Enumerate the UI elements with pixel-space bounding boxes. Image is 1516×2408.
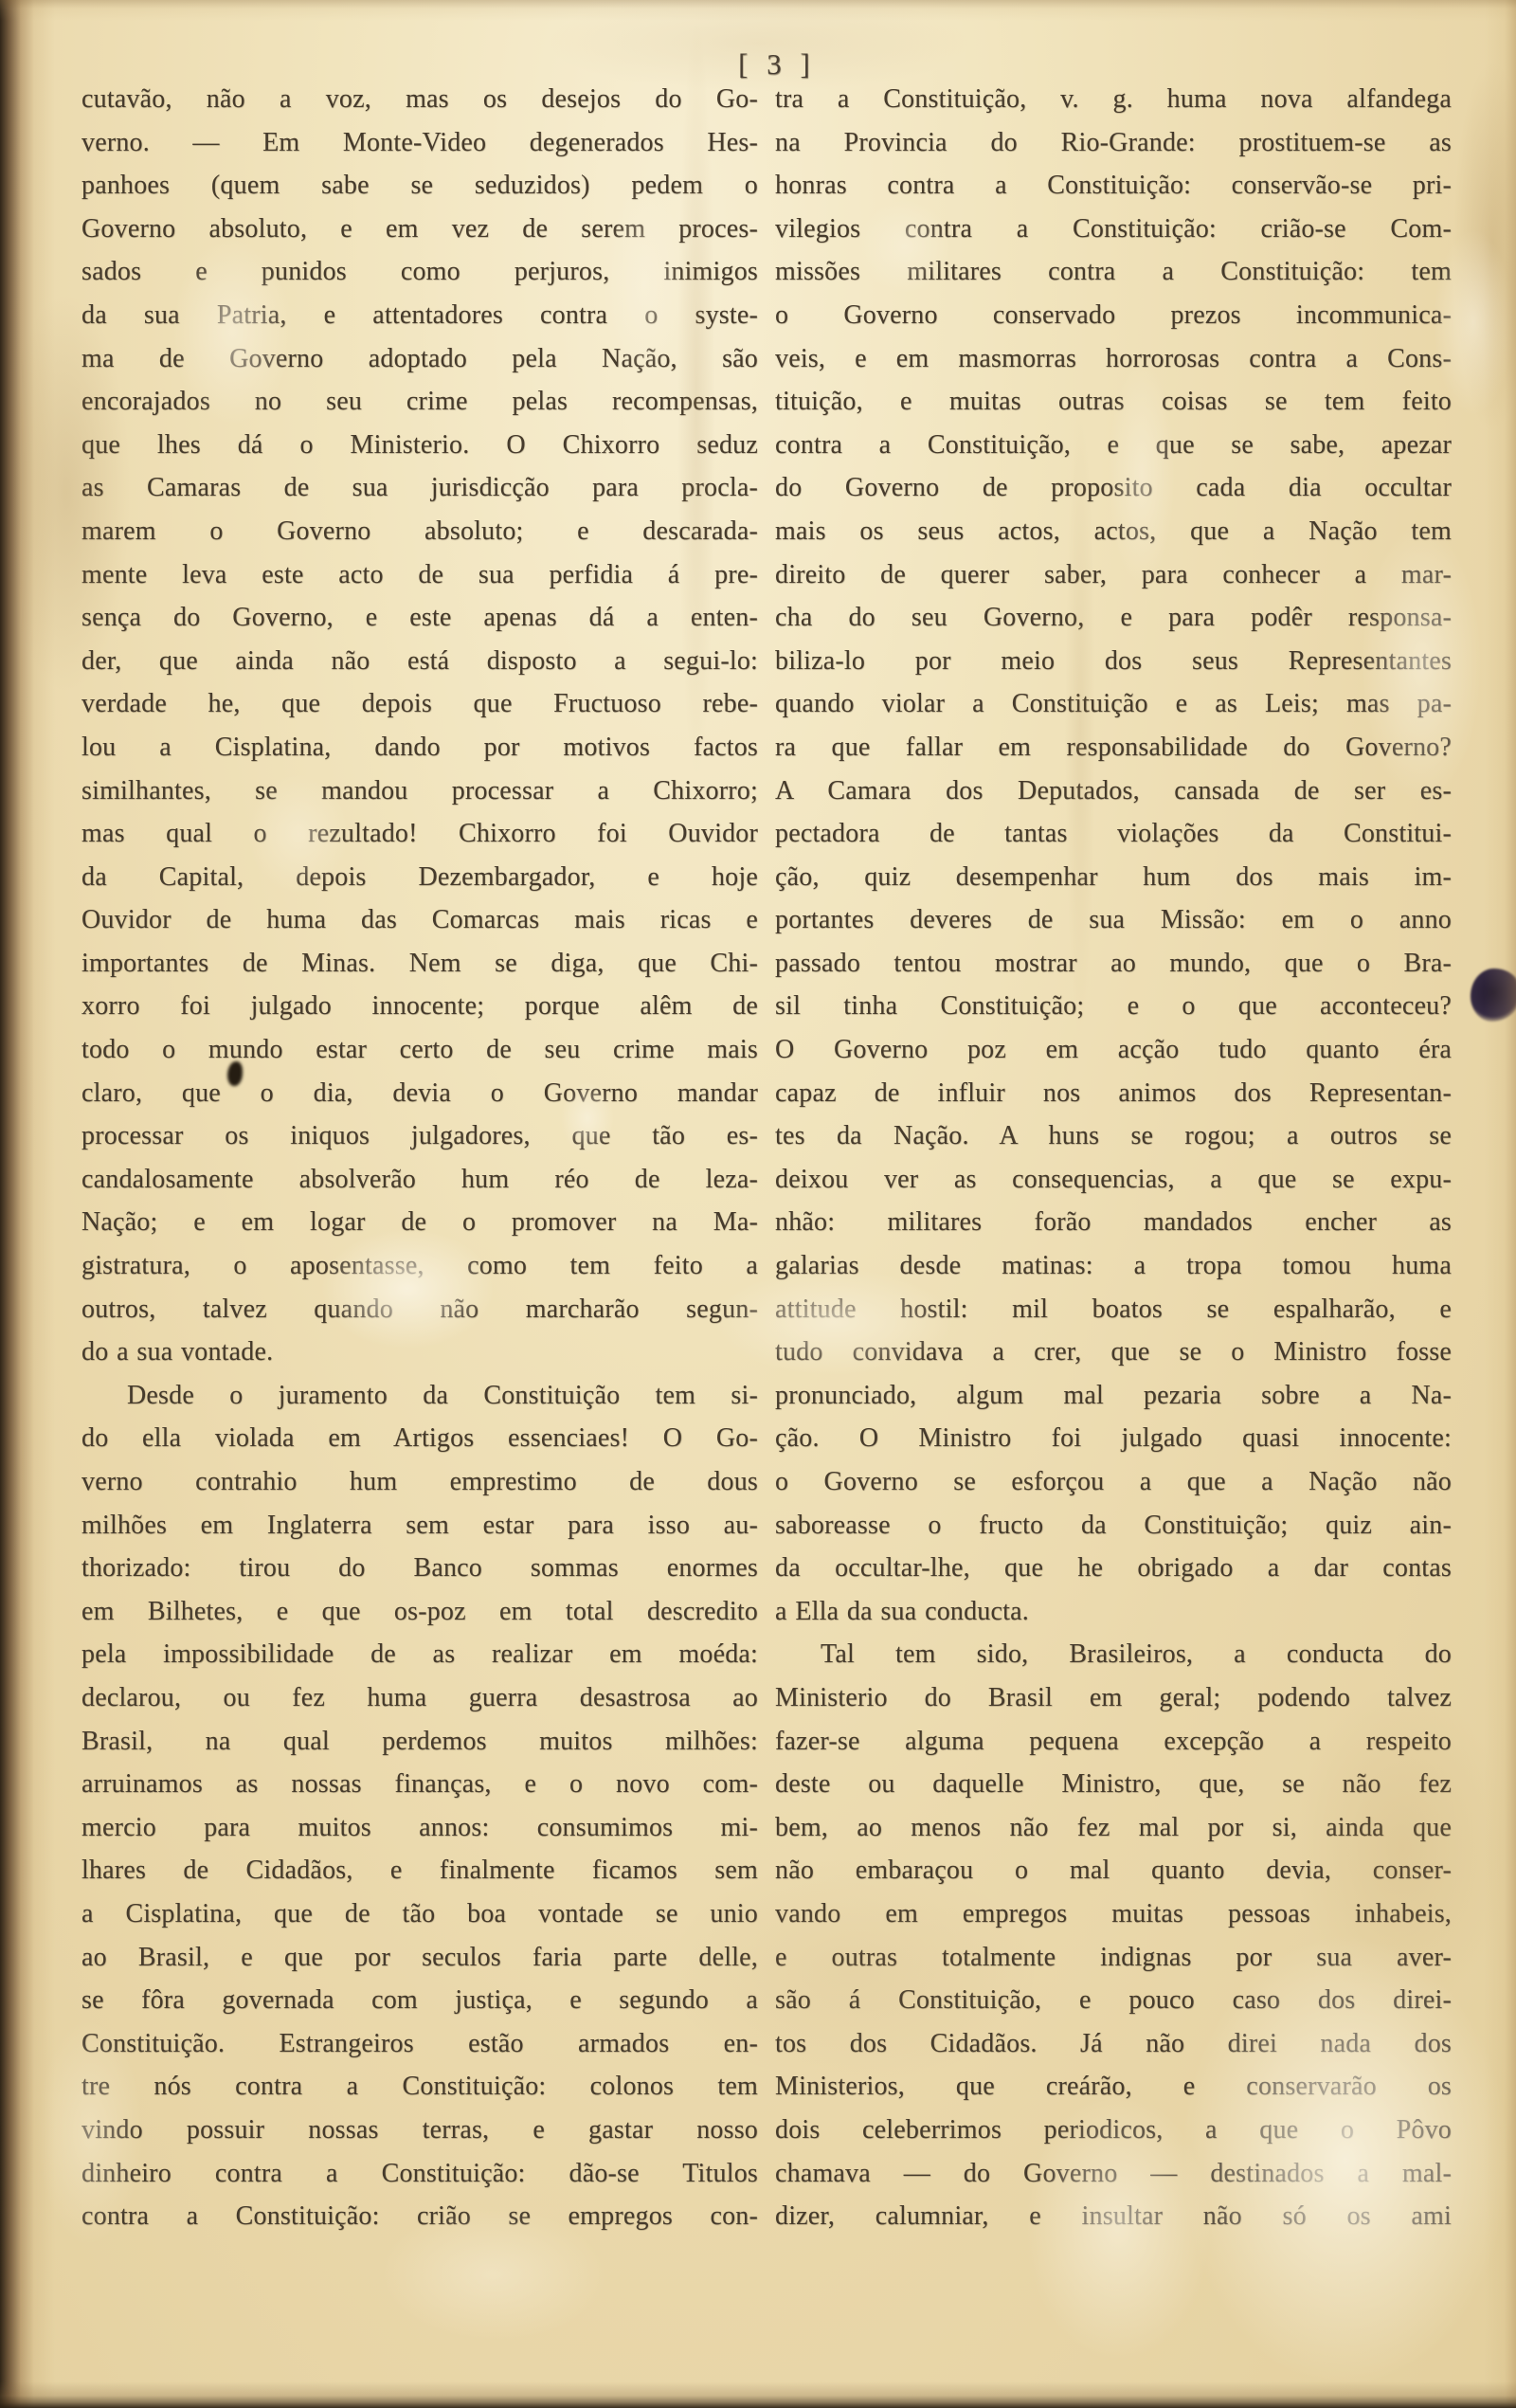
text-line: tre nós contra a Constituição: colonos t… xyxy=(81,2065,758,2109)
text-line: mercio para muitos annos: consumimos mi- xyxy=(81,1806,758,1850)
text-line: do ella violada em Artigos essenciaes! O… xyxy=(81,1417,758,1460)
text-line: sil tinha Constituição; e o que accontec… xyxy=(775,985,1452,1028)
text-line: do a sua vontade. xyxy=(81,1331,758,1374)
text-line: da Capital, depois Dezembargador, e hoje xyxy=(81,856,758,899)
text-line: Governo absoluto, e em vez de serem proc… xyxy=(81,208,758,251)
text-line: panhoes (quem sabe se seduzidos) pedem o xyxy=(81,164,758,208)
text-line: arruinamos as nossas finanças, e o novo … xyxy=(81,1763,758,1806)
text-line: se fôra governada com justiça, e segundo… xyxy=(81,1979,758,2022)
text-line: tudo convidava a crer, que se o Ministro… xyxy=(775,1331,1452,1374)
text-line: milhões em Inglaterra sem estar para iss… xyxy=(81,1504,758,1548)
text-line: Ouvidor de huma das Comarcas mais ricas … xyxy=(81,898,758,942)
text-line: da sua Patria, e attentadores contra o s… xyxy=(81,294,758,337)
text-line: thorizado: tirou do Banco sommas enormes xyxy=(81,1547,758,1590)
text-line: nhão: militares forão mandados encher as xyxy=(775,1201,1452,1244)
text-line: chamava — do Governo — destinados a mal- xyxy=(775,2152,1452,2196)
text-line: marem o Governo absoluto; e descarada- xyxy=(81,510,758,553)
text-line: deixou ver as consequencias, a que se ex… xyxy=(775,1158,1452,1202)
text-line: deste ou daquelle Ministro, que, se não … xyxy=(775,1763,1452,1806)
text-line: todo o mundo estar certo de seu crime ma… xyxy=(81,1028,758,1072)
text-line: encorajados no seu crime pelas recompens… xyxy=(81,380,758,424)
page-edge-top xyxy=(0,0,1516,21)
text-line: contra a Constituição, e que se sabe, ap… xyxy=(775,424,1452,467)
text-column-left: cutavão, não a voz, mas os desejos do Go… xyxy=(81,78,758,2238)
text-line: dinheiro contra a Constituição: dão-se T… xyxy=(81,2152,758,2196)
text-line: importantes de Minas. Nem se diga, que C… xyxy=(81,942,758,986)
page-edge-right xyxy=(1484,0,1516,2408)
text-line: que lhes dá o Ministerio. O Chixorro sed… xyxy=(81,424,758,467)
text-line: bem, ao menos não fez mal por si, ainda … xyxy=(775,1806,1452,1850)
text-line: sados e punidos como perjuros, inimigos xyxy=(81,250,758,294)
text-line: ra que fallar em responsabilidade do Gov… xyxy=(775,726,1452,769)
text-line: Constituição. Estrangeiros estão armados… xyxy=(81,2022,758,2066)
text-line: candalosamente absolverão hum réo de lez… xyxy=(81,1158,758,1202)
page-edge-bottom xyxy=(0,2381,1516,2408)
text-line: na Provincia do Rio-Grande: prostituem-s… xyxy=(775,121,1452,165)
page-edge-left xyxy=(0,0,57,2408)
text-line: tes da Nação. A huns se rogou; a outros … xyxy=(775,1114,1452,1158)
text-line: ao Brasil, e que por seculos faria parte… xyxy=(81,1936,758,1980)
text-line: honras contra a Constituição: conservão-… xyxy=(775,164,1452,208)
text-line: Ministerios, que creárão, e conservarão … xyxy=(775,2065,1452,2109)
text-line: mente leva este acto de sua perfidia á p… xyxy=(81,553,758,597)
text-column-right: tra a Constituição, v. g. huma nova alfa… xyxy=(775,78,1452,2238)
text-line: vando em empregos muitas pessoas inhabei… xyxy=(775,1892,1452,1936)
text-line: biliza-lo por meio dos seus Representant… xyxy=(775,640,1452,683)
text-line: contra a Constituição: crião se empregos… xyxy=(81,2195,758,2238)
text-line: similhantes, se mandou processar a Chixo… xyxy=(81,769,758,813)
text-line: veis, e em masmorras horrorosas contra a… xyxy=(775,337,1452,381)
document-page: [ 3 ] cutavão, não a voz, mas os desejos… xyxy=(0,0,1516,2408)
text-line: do Governo de proposito cada dia occulta… xyxy=(775,466,1452,510)
text-line: verdade he, que depois que Fructuoso reb… xyxy=(81,682,758,726)
text-line: o Governo se esforçou a que a Nação não xyxy=(775,1460,1452,1504)
text-line: o Governo conservado prezos incommunica- xyxy=(775,294,1452,337)
text-line: as Camaras de sua jurisdicção para procl… xyxy=(81,466,758,510)
text-line: quando violar a Constituição e as Leis; … xyxy=(775,682,1452,726)
text-line: pectadora de tantas violações da Constit… xyxy=(775,812,1452,856)
text-line: dizer, calumniar, e insultar não só os a… xyxy=(775,2195,1452,2238)
text-line: verno. — Em Monte-Video degenerados Hes- xyxy=(81,121,758,165)
text-line: Nação; e em logar de o promover na Ma- xyxy=(81,1201,758,1244)
text-line: sença do Governo, e este apenas dá a ent… xyxy=(81,596,758,640)
text-line: e outras totalmente indignas por sua ave… xyxy=(775,1936,1452,1980)
text-line: pela impossibilidade de as realizar em m… xyxy=(81,1633,758,1676)
text-line: Desde o juramento da Constituição tem si… xyxy=(81,1374,758,1418)
text-line: verno contrahio hum emprestimo de dous xyxy=(81,1460,758,1504)
text-line: lhares de Cidadãos, e finalmente ficamos… xyxy=(81,1849,758,1892)
text-line: missões militares contra a Constituição:… xyxy=(775,250,1452,294)
text-line: portantes deveres de sua Missão: em o an… xyxy=(775,898,1452,942)
text-line: der, que ainda não está disposto a segui… xyxy=(81,640,758,683)
text-line: a Cisplatina, que de tão boa vontade se … xyxy=(81,1892,758,1936)
text-line: galarias desde matinas: a tropa tomou hu… xyxy=(775,1244,1452,1288)
text-line: em Bilhetes, e que os-poz em total descr… xyxy=(81,1590,758,1634)
text-line: ção, quiz desempenhar hum dos mais im- xyxy=(775,856,1452,899)
text-line: da occultar-lhe, que he obrigado a dar c… xyxy=(775,1547,1452,1590)
text-line: processar os iniquos julgadores, que tão… xyxy=(81,1114,758,1158)
text-line: mais os seus actos, actos, que a Nação t… xyxy=(775,510,1452,553)
text-line: tos dos Cidadãos. Já não direi nada dos xyxy=(775,2022,1452,2066)
text-line: são á Constituição, e pouco caso dos dir… xyxy=(775,1979,1452,2022)
text-line: ma de Governo adoptado pela Nação, são xyxy=(81,337,758,381)
text-line: cutavão, não a voz, mas os desejos do Go… xyxy=(81,78,758,121)
text-line: declarou, ou fez huma guerra desastrosa … xyxy=(81,1676,758,1720)
text-line: saboreasse o fructo da Constituição; qui… xyxy=(775,1504,1452,1548)
text-line: a Ella da sua conducta. xyxy=(775,1590,1452,1634)
text-line: cha do seu Governo, e para podêr respons… xyxy=(775,596,1452,640)
text-line: pronunciado, algum mal pezaria sobre a N… xyxy=(775,1374,1452,1418)
text-line: Tal tem sido, Brasileiros, a conducta do xyxy=(775,1633,1452,1676)
text-line: Brasil, na qual perdemos muitos milhões: xyxy=(81,1720,758,1764)
text-line: vindo possuir nossas terras, e gastar no… xyxy=(81,2109,758,2152)
text-line: lou a Cisplatina, dando por motivos fact… xyxy=(81,726,758,769)
text-line: O Governo poz em acção tudo quanto éra xyxy=(775,1028,1452,1072)
text-line: attitude hostil: mil boatos se espalharã… xyxy=(775,1288,1452,1331)
text-line: vilegios contra a Constituição: crião-se… xyxy=(775,208,1452,251)
text-line: xorro foi julgado innocente; porque alêm… xyxy=(81,985,758,1028)
text-line: direito de querer saber, para conhecer a… xyxy=(775,553,1452,597)
text-line: A Camara dos Deputados, cansada de ser e… xyxy=(775,769,1452,813)
text-line: passado tentou mostrar ao mundo, que o B… xyxy=(775,942,1452,986)
text-line: outros, talvez quando não marcharão segu… xyxy=(81,1288,758,1331)
ink-blot xyxy=(1471,969,1516,1022)
text-line: capaz de influir nos animos dos Represen… xyxy=(775,1072,1452,1115)
text-line: dois celeberrimos periodicos, a que o Pô… xyxy=(775,2109,1452,2152)
text-line: gistratura, o aposentasse, como tem feit… xyxy=(81,1244,758,1288)
text-line: mas qual o rezultado! Chixorro foi Ouvid… xyxy=(81,812,758,856)
text-line: claro, que o dia, devia o Governo mandar xyxy=(81,1072,758,1115)
text-line: não embaraçou o mal quanto devia, conser… xyxy=(775,1849,1452,1892)
page-number: [ 3 ] xyxy=(682,47,872,81)
text-line: fazer-se alguma pequena excepção a respe… xyxy=(775,1720,1452,1764)
text-line: Ministerio do Brasil em geral; podendo t… xyxy=(775,1676,1452,1720)
text-line: tituição, e muitas outras coisas se tem … xyxy=(775,380,1452,424)
text-line: tra a Constituição, v. g. huma nova alfa… xyxy=(775,78,1452,121)
text-line: ção. O Ministro foi julgado quasi innoce… xyxy=(775,1417,1452,1460)
